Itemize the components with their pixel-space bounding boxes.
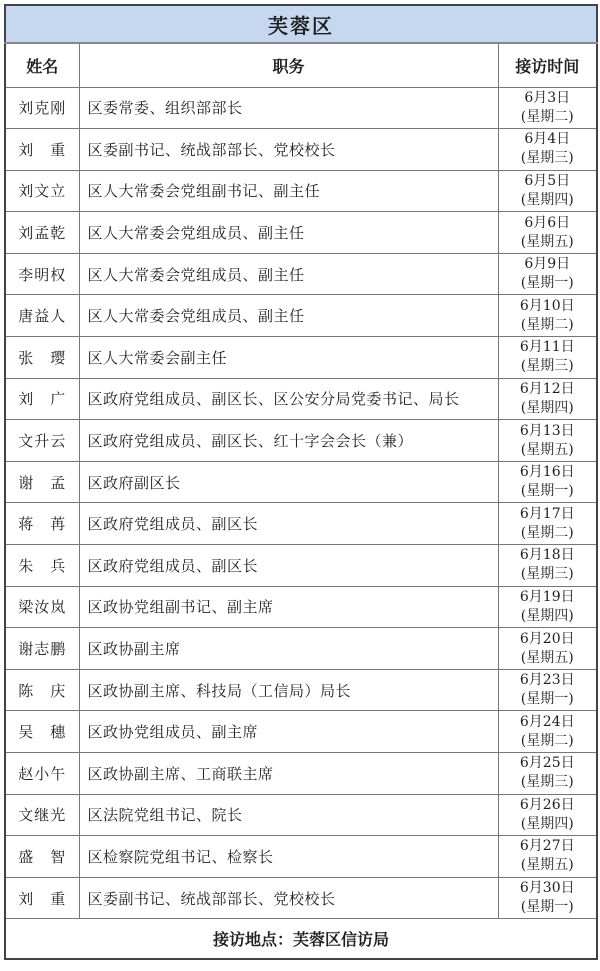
person-position: 区人大常委会党组副书记、副主任	[79, 170, 498, 212]
visit-time: 6月27日(星期五)	[498, 836, 597, 878]
visit-date: 6月16日	[499, 463, 597, 482]
district-title-row: 芙蓉区	[5, 5, 597, 43]
reception-schedule-table: 芙蓉区 姓名 职务 接访时间 刘克刚区委常委、组织部部长6月3日(星期二)刘 重…	[4, 4, 598, 960]
visit-time: 6月12日(星期四)	[498, 378, 597, 420]
person-name: 刘 重	[5, 877, 79, 919]
person-name: 谢志鹏	[5, 628, 79, 670]
person-name: 赵小午	[5, 753, 79, 795]
table-row: 张 璎区人大常委会副主任6月11日(星期三)	[5, 337, 597, 379]
table-row: 刘孟乾区人大常委会党组成员、副主任6月6日(星期五)	[5, 212, 597, 254]
visit-time: 6月16日(星期一)	[498, 461, 597, 503]
person-name: 文升云	[5, 420, 79, 462]
visit-date: 6月6日	[499, 214, 597, 233]
person-position: 区委常委、组织部部长	[79, 87, 498, 129]
visit-weekday: (星期三)	[499, 773, 597, 792]
visit-time: 6月19日(星期四)	[498, 586, 597, 628]
visit-time: 6月5日(星期四)	[498, 170, 597, 212]
visit-date: 6月20日	[499, 630, 597, 649]
visit-time: 6月3日(星期二)	[498, 87, 597, 129]
visit-time: 6月4日(星期三)	[498, 129, 597, 171]
visit-time: 6月17日(星期二)	[498, 503, 597, 545]
person-position: 区委副书记、统战部部长、党校校长	[79, 877, 498, 919]
person-position: 区检察院党组书记、检察长	[79, 836, 498, 878]
table-row: 陈 庆区政协副主席、科技局（工信局）局长6月23日(星期一)	[5, 669, 597, 711]
visit-time: 6月26日(星期四)	[498, 794, 597, 836]
visit-weekday: (星期四)	[499, 399, 597, 418]
visit-date: 6月17日	[499, 505, 597, 524]
visit-date: 6月27日	[499, 837, 597, 856]
district-title: 芙蓉区	[5, 5, 597, 43]
table-row: 文升云区政府党组成员、副区长、红十字会会长（兼）6月13日(星期五)	[5, 420, 597, 462]
person-name: 朱 兵	[5, 545, 79, 587]
column-header-row: 姓名 职务 接访时间	[5, 43, 597, 87]
visit-date: 6月18日	[499, 546, 597, 565]
visit-time: 6月13日(星期五)	[498, 420, 597, 462]
visit-time: 6月23日(星期一)	[498, 669, 597, 711]
visit-date: 6月5日	[499, 172, 597, 191]
table-row: 谢 孟区政府副区长6月16日(星期一)	[5, 461, 597, 503]
visit-weekday: (星期一)	[499, 690, 597, 709]
visit-date: 6月30日	[499, 879, 597, 898]
table-row: 梁汝岚区政协党组副书记、副主席6月19日(星期四)	[5, 586, 597, 628]
visit-weekday: (星期二)	[499, 108, 597, 127]
visit-weekday: (星期五)	[499, 856, 597, 875]
visit-date: 6月4日	[499, 130, 597, 149]
table-row: 朱 兵区政府党组成员、副区长6月18日(星期三)	[5, 545, 597, 587]
table-row: 吴 穗区政协党组成员、副主席6月24日(星期二)	[5, 711, 597, 753]
visit-weekday: (星期五)	[499, 233, 597, 252]
visit-weekday: (星期二)	[499, 316, 597, 335]
visit-weekday: (星期一)	[499, 898, 597, 917]
visit-time: 6月11日(星期三)	[498, 337, 597, 379]
table-row: 刘 重区委副书记、统战部部长、党校校长6月4日(星期三)	[5, 129, 597, 171]
visit-time: 6月30日(星期一)	[498, 877, 597, 919]
visit-time: 6月25日(星期三)	[498, 753, 597, 795]
person-name: 刘 重	[5, 129, 79, 171]
col-header-position: 职务	[79, 43, 498, 87]
col-header-time: 接访时间	[498, 43, 597, 87]
visit-date: 6月24日	[499, 713, 597, 732]
person-name: 唐益人	[5, 295, 79, 337]
person-name: 文继光	[5, 794, 79, 836]
visit-weekday: (星期五)	[499, 441, 597, 460]
person-name: 陈 庆	[5, 669, 79, 711]
person-position: 区政府党组成员、副区长、红十字会会长（兼）	[79, 420, 498, 462]
visit-time: 6月10日(星期二)	[498, 295, 597, 337]
person-name: 刘 广	[5, 378, 79, 420]
visit-date: 6月23日	[499, 671, 597, 690]
visit-time: 6月18日(星期三)	[498, 545, 597, 587]
person-position: 区人大常委会副主任	[79, 337, 498, 379]
person-position: 区政协副主席	[79, 628, 498, 670]
visit-weekday: (星期一)	[499, 274, 597, 293]
visit-date: 6月11日	[499, 338, 597, 357]
visit-weekday: (星期三)	[499, 149, 597, 168]
person-name: 梁汝岚	[5, 586, 79, 628]
table-row: 李明权区人大常委会党组成员、副主任6月9日(星期一)	[5, 253, 597, 295]
visit-time: 6月6日(星期五)	[498, 212, 597, 254]
person-position: 区人大常委会党组成员、副主任	[79, 295, 498, 337]
col-header-name: 姓名	[5, 43, 79, 87]
table-row: 刘 重区委副书记、统战部部长、党校校长6月30日(星期一)	[5, 877, 597, 919]
person-position: 区政府党组成员、副区长	[79, 545, 498, 587]
table-row: 谢志鹏区政协副主席6月20日(星期五)	[5, 628, 597, 670]
person-position: 区委副书记、统战部部长、党校校长	[79, 129, 498, 171]
visit-weekday: (星期四)	[499, 191, 597, 210]
footer-row: 接访地点：芙蓉区信访局	[5, 919, 597, 959]
visit-weekday: (星期四)	[499, 815, 597, 834]
person-position: 区政协副主席、工商联主席	[79, 753, 498, 795]
visit-time: 6月9日(星期一)	[498, 253, 597, 295]
visit-date: 6月13日	[499, 422, 597, 441]
visit-weekday: (星期四)	[499, 607, 597, 626]
table-row: 赵小午区政协副主席、工商联主席6月25日(星期三)	[5, 753, 597, 795]
person-position: 区人大常委会党组成员、副主任	[79, 212, 498, 254]
person-position: 区政协副主席、科技局（工信局）局长	[79, 669, 498, 711]
table-row: 刘 广区政府党组成员、副区长、区公安分局党委书记、局长6月12日(星期四)	[5, 378, 597, 420]
visit-weekday: (星期三)	[499, 357, 597, 376]
person-name: 张 璎	[5, 337, 79, 379]
person-position: 区政协党组副书记、副主席	[79, 586, 498, 628]
person-position: 区政府副区长	[79, 461, 498, 503]
person-position: 区政协党组成员、副主席	[79, 711, 498, 753]
person-name: 刘克刚	[5, 87, 79, 129]
visit-weekday: (星期二)	[499, 732, 597, 751]
visit-weekday: (星期二)	[499, 524, 597, 543]
table-row: 蒋 苒区政府党组成员、副区长6月17日(星期二)	[5, 503, 597, 545]
person-position: 区政府党组成员、副区长	[79, 503, 498, 545]
visit-date: 6月10日	[499, 297, 597, 316]
visit-weekday: (星期一)	[499, 482, 597, 501]
visit-date: 6月12日	[499, 380, 597, 399]
visit-weekday: (星期三)	[499, 565, 597, 584]
visit-date: 6月3日	[499, 89, 597, 108]
visit-date: 6月19日	[499, 588, 597, 607]
person-name: 盛 智	[5, 836, 79, 878]
table-row: 盛 智区检察院党组书记、检察长6月27日(星期五)	[5, 836, 597, 878]
visit-time: 6月24日(星期二)	[498, 711, 597, 753]
visit-weekday: (星期五)	[499, 649, 597, 668]
person-name: 李明权	[5, 253, 79, 295]
table-body: 刘克刚区委常委、组织部部长6月3日(星期二)刘 重区委副书记、统战部部长、党校校…	[5, 87, 597, 919]
table-row: 刘克刚区委常委、组织部部长6月3日(星期二)	[5, 87, 597, 129]
visit-time: 6月20日(星期五)	[498, 628, 597, 670]
person-name: 蒋 苒	[5, 503, 79, 545]
table-row: 唐益人区人大常委会党组成员、副主任6月10日(星期二)	[5, 295, 597, 337]
person-position: 区政府党组成员、副区长、区公安分局党委书记、局长	[79, 378, 498, 420]
table-row: 文继光区法院党组书记、院长6月26日(星期四)	[5, 794, 597, 836]
person-name: 刘文立	[5, 170, 79, 212]
visit-date: 6月25日	[499, 754, 597, 773]
page: 芙蓉区 姓名 职务 接访时间 刘克刚区委常委、组织部部长6月3日(星期二)刘 重…	[0, 0, 600, 964]
person-position: 区法院党组书记、院长	[79, 794, 498, 836]
person-name: 谢 孟	[5, 461, 79, 503]
visit-date: 6月26日	[499, 796, 597, 815]
reception-location: 接访地点：芙蓉区信访局	[5, 919, 597, 959]
visit-date: 6月9日	[499, 255, 597, 274]
person-name: 吴 穗	[5, 711, 79, 753]
person-name: 刘孟乾	[5, 212, 79, 254]
table-row: 刘文立区人大常委会党组副书记、副主任6月5日(星期四)	[5, 170, 597, 212]
person-position: 区人大常委会党组成员、副主任	[79, 253, 498, 295]
